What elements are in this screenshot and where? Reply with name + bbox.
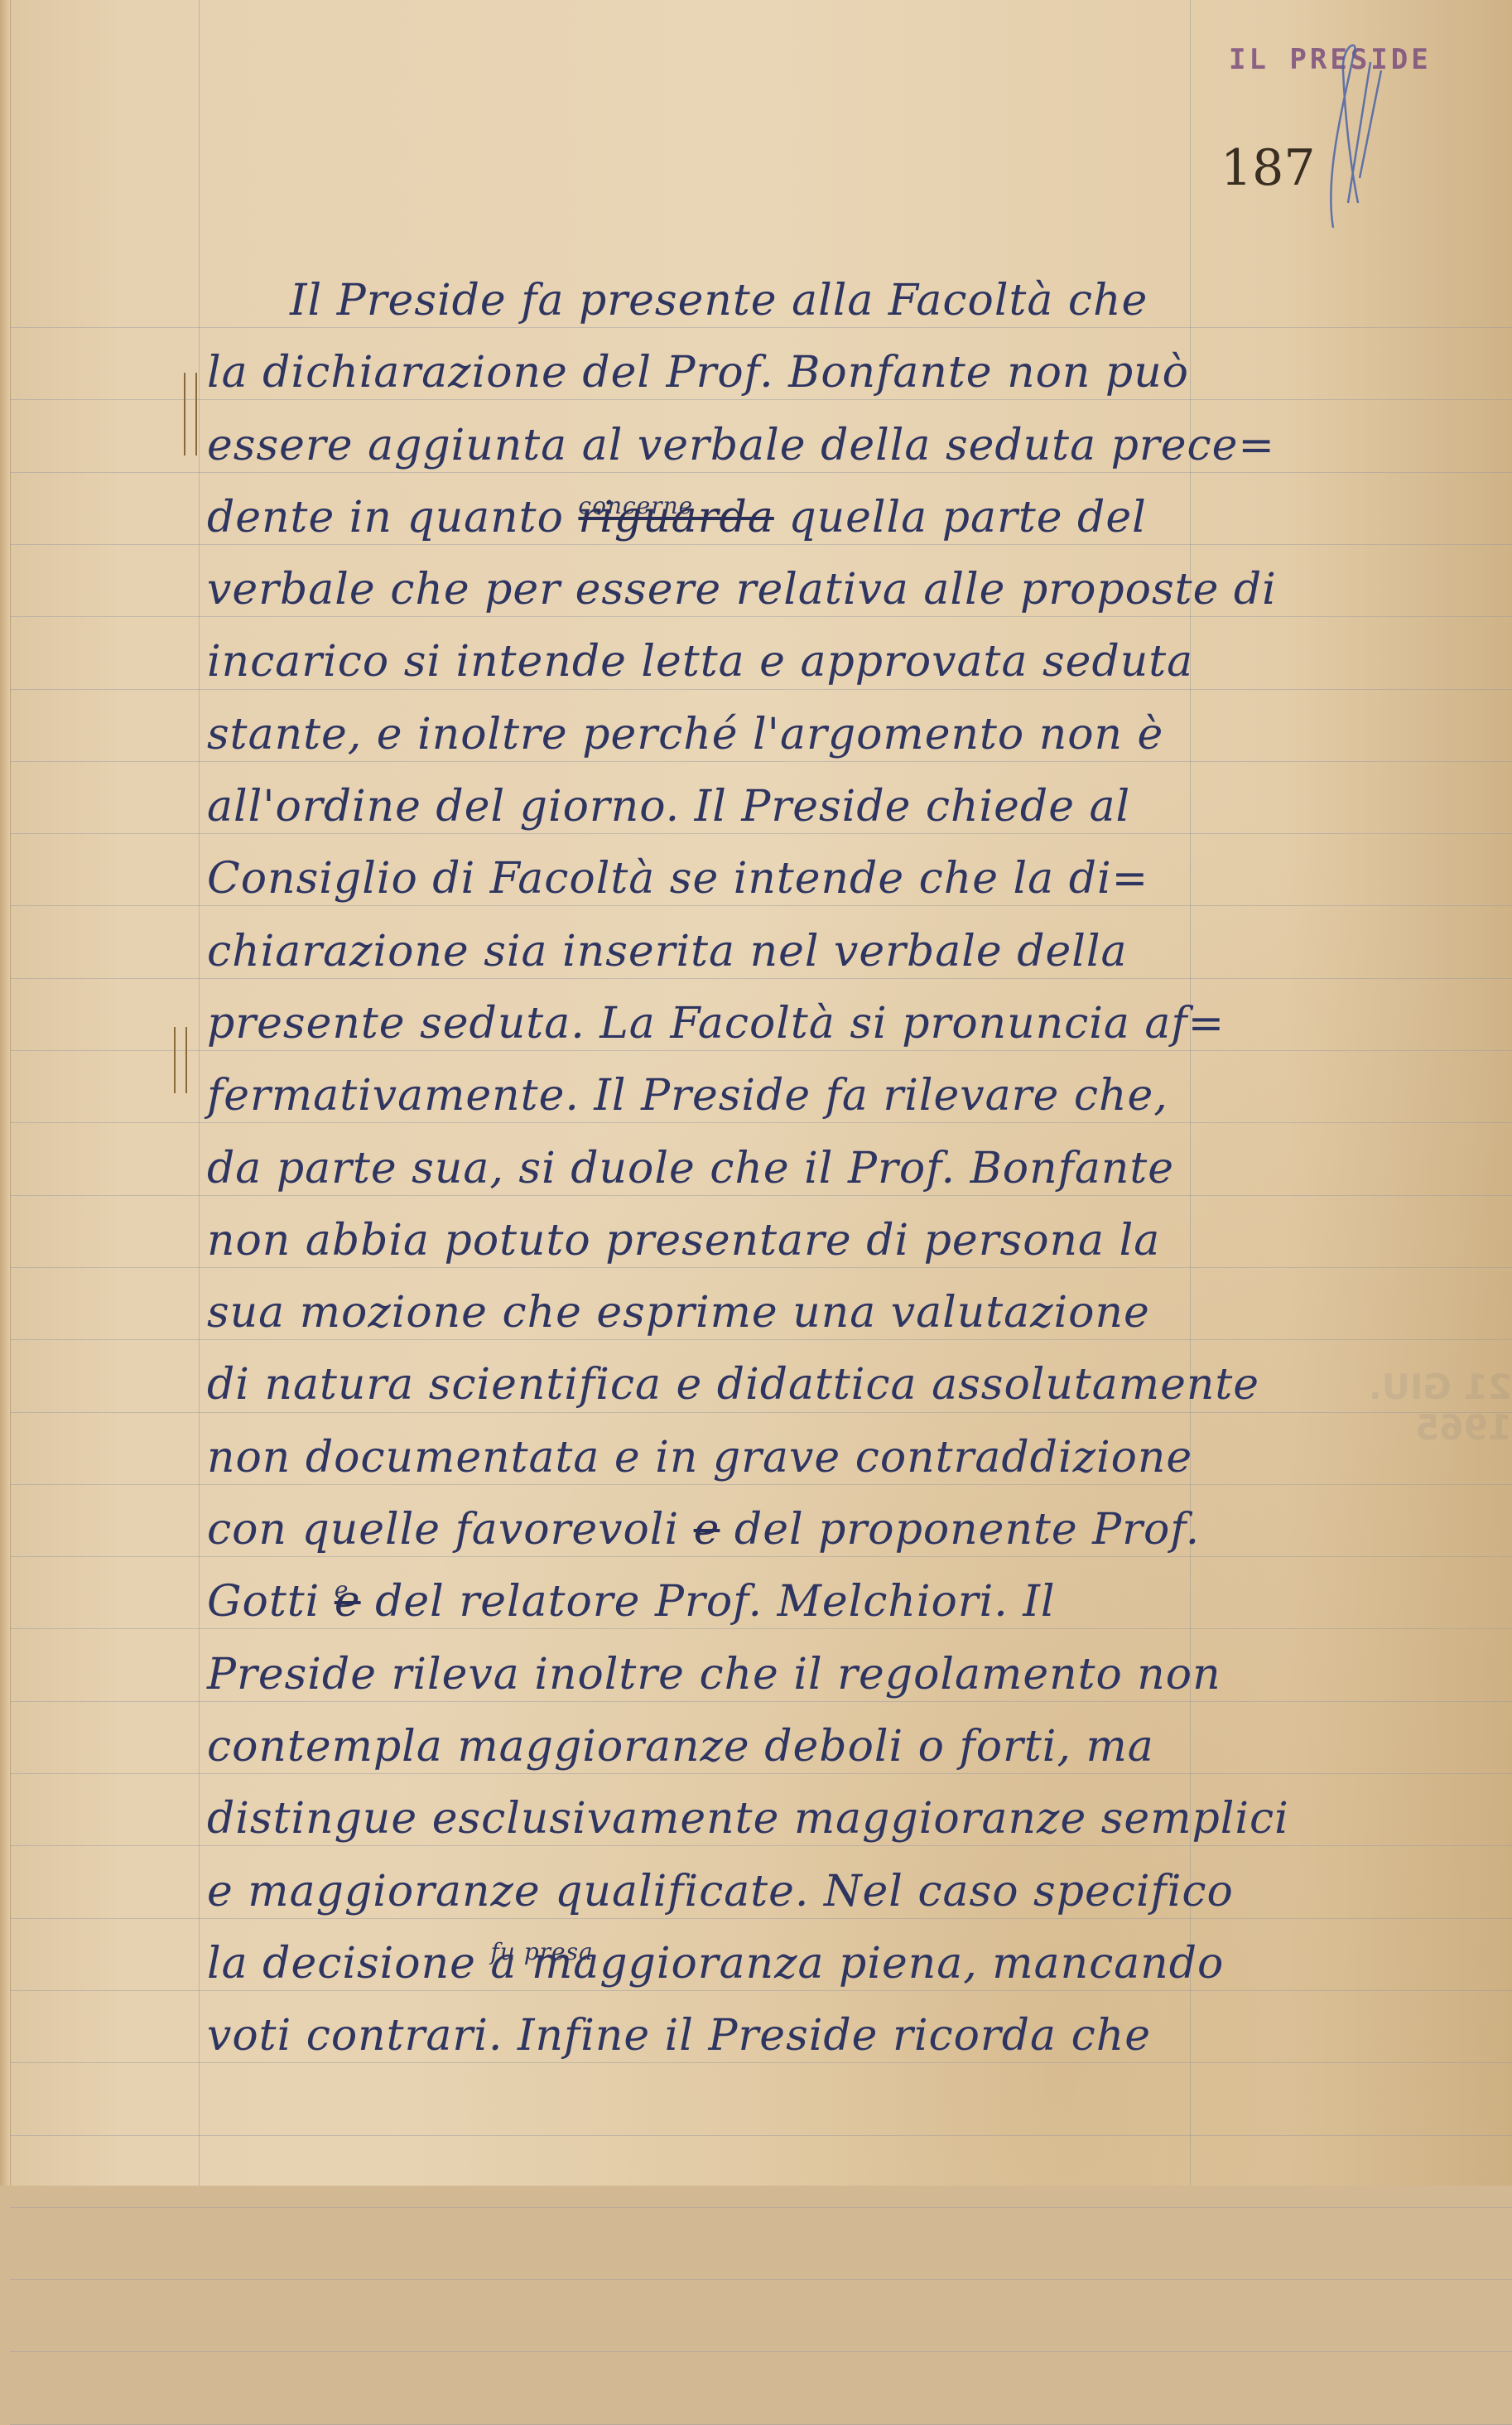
text-line: contempla maggioranze deboli o forti, ma bbox=[207, 1711, 1250, 1783]
text-line: sua mozione che esprime una valutazione bbox=[207, 1277, 1250, 1349]
text-segment: la decisione bbox=[207, 1939, 490, 1989]
text-line: fermativamente. Il Preside fa rilevare c… bbox=[207, 1060, 1250, 1132]
text-segment: del relatore Prof. Melchiori. Il bbox=[361, 1577, 1056, 1627]
text-line: chiarazione sia inserita nel verbale del… bbox=[207, 916, 1250, 988]
text-line: Il Preside fa presente alla Facoltà che bbox=[207, 265, 1250, 337]
struck-word: e bbox=[694, 1505, 720, 1555]
bleed-through-date: 21 GIU. 1965 bbox=[1292, 1367, 1512, 1448]
text-line: essere aggiunta al verbale della seduta … bbox=[207, 410, 1250, 482]
margin-mark-double-bar bbox=[184, 373, 197, 456]
text-line-with-insertion: la decisione fu presaa maggioranza piena… bbox=[207, 1928, 1250, 2000]
inserted-word: fu presa bbox=[490, 1916, 593, 1988]
text-segment: dente in quanto bbox=[207, 493, 578, 542]
text-line: di natura scientifica e didattica assolu… bbox=[207, 1349, 1250, 1421]
text-line: la dichiarazione del Prof. Bonfante non … bbox=[207, 337, 1250, 409]
text-line: non documentata e in grave contraddizion… bbox=[207, 1422, 1250, 1494]
ruled-line bbox=[10, 2135, 1512, 2136]
margin-mark-double-bar bbox=[174, 1027, 187, 1093]
inserted-word: concerne bbox=[578, 470, 693, 542]
signature-icon bbox=[1308, 37, 1383, 236]
text-segment: con quelle favorevoli bbox=[207, 1505, 694, 1555]
text-segment: del proponente Prof. bbox=[720, 1505, 1200, 1555]
text-segment: quella parte del bbox=[774, 493, 1147, 542]
text-line: presente seduta. La Facoltà si pronuncia… bbox=[207, 988, 1250, 1060]
text-line-with-correction: dente in quanto concerneriguarda quella … bbox=[207, 482, 1250, 554]
text-line: verbale che per essere relativa alle pro… bbox=[207, 554, 1250, 626]
text-line: e maggioranze qualificate. Nel caso spec… bbox=[207, 1856, 1250, 1928]
text-line: all'ordine del giorno. Il Preside chiede… bbox=[207, 771, 1250, 843]
text-line-with-correction: Gotti ee del relatore Prof. Melchiori. I… bbox=[207, 1566, 1250, 1638]
text-line: da parte sua, si duole che il Prof. Bonf… bbox=[207, 1133, 1250, 1205]
text-line: distingue esclusivamente maggioranze sem… bbox=[207, 1783, 1250, 1855]
handwritten-minutes: Il Preside fa presente alla Facoltà che … bbox=[207, 265, 1250, 2072]
page-number: 187 bbox=[1221, 139, 1316, 197]
text-line: Consiglio di Facoltà se intende che la d… bbox=[207, 843, 1250, 915]
text-segment: a maggioranza piena, mancando bbox=[490, 1939, 1224, 1989]
text-line: stante, e inoltre perché l'argomento non… bbox=[207, 699, 1250, 771]
text-line-with-correction: con quelle favorevoli e del proponente P… bbox=[207, 1494, 1250, 1566]
text-line: voti contrari. Infine il Preside ricorda… bbox=[207, 2000, 1250, 2072]
left-margin-rule bbox=[199, 0, 200, 2186]
text-line: Preside rileva inoltre che il regolament… bbox=[207, 1639, 1250, 1711]
inserted-word: e bbox=[335, 1554, 349, 1626]
text-line: incarico si intende letta e approvata se… bbox=[207, 626, 1250, 698]
document-page: IL PRESIDE 187 21 GIU. 1965 Il Preside f… bbox=[0, 0, 1512, 2186]
text-line: non abbia potuto presentare di persona l… bbox=[207, 1205, 1250, 1277]
text-segment: Gotti bbox=[207, 1577, 335, 1627]
